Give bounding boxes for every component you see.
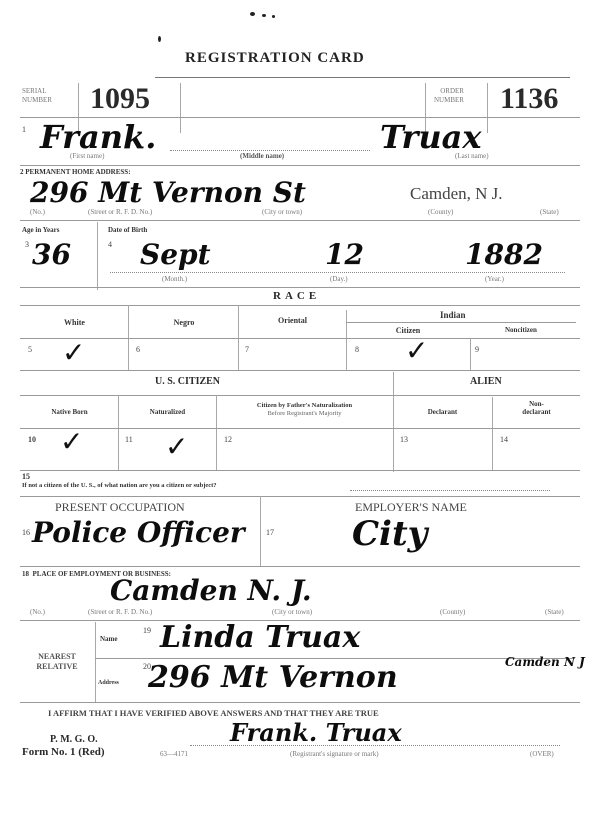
card-title: REGISTRATION CARD [185, 50, 365, 67]
relative-name: Linda Truax [160, 620, 360, 655]
ink-speck [262, 14, 266, 17]
address-caption-street: (Street or R. F. D. No.) [88, 208, 152, 216]
order-number: 1136 [500, 82, 558, 116]
registrant-signature: Frank. Truax [230, 718, 402, 747]
citizen-by-father-label-line2: Before Registrant's Majority [218, 410, 391, 418]
divider [20, 496, 580, 497]
divider [20, 428, 580, 429]
serial-number: 1095 [90, 82, 150, 116]
order-label-line2: NUMBER [434, 96, 464, 105]
alien-heading: ALIEN [470, 376, 502, 387]
address-label-text: PERMANENT HOME ADDRESS: [25, 168, 130, 176]
divider [492, 397, 493, 470]
divider [95, 622, 96, 702]
declarant-label: Declarant [395, 408, 490, 416]
form-name: Form No. 1 (Red) [22, 746, 104, 758]
relative-address-extra: Camden N J [505, 655, 590, 669]
over-label: (OVER) [530, 750, 554, 758]
dob-label: Date of Birth [108, 226, 147, 234]
print-code: 63—4171 [160, 750, 188, 758]
dotted-line [110, 272, 565, 273]
checkmark-icon: ✓ [165, 430, 188, 463]
age-value: 36 [32, 238, 71, 271]
divider [20, 702, 580, 703]
dotted-line [170, 150, 370, 151]
checkmark-icon: ✓ [405, 334, 428, 367]
month-caption: (Month.) [162, 275, 187, 283]
first-name: Frank. [40, 118, 156, 156]
field-number: 1 [22, 125, 26, 134]
serial-label: SERIAL NUMBER [22, 87, 52, 105]
home-city-state: Camden, N J. [410, 184, 503, 204]
divider [95, 658, 575, 659]
divider [470, 338, 471, 370]
divider [20, 305, 580, 306]
ink-speck [158, 36, 161, 42]
place-of-employment-value: Camden N. J. [110, 574, 312, 607]
divider [180, 83, 181, 133]
field-number: 3 [25, 240, 29, 249]
field-number: 16 [22, 528, 30, 537]
field-number: 6 [136, 345, 140, 354]
divider [393, 372, 394, 472]
form-code: P. M. G. O. [50, 734, 98, 745]
us-citizen-heading: U. S. CITIZEN [155, 376, 220, 387]
divider [97, 222, 98, 290]
divider [487, 83, 488, 133]
last-name: Truax [380, 118, 481, 156]
order-label-line1: ORDER [434, 87, 464, 96]
race-indian-label: Indian [440, 310, 466, 320]
employment-caption-no: (No.) [30, 608, 45, 616]
birth-year: 1882 [465, 238, 543, 271]
address-caption-no: (No.) [30, 208, 45, 216]
divider [20, 165, 580, 166]
field-number: 7 [245, 345, 249, 354]
field-number: 12 [224, 435, 232, 444]
field-number: 13 [400, 435, 408, 444]
home-street: 296 Mt Vernon St [30, 176, 306, 209]
field-number: 17 [266, 528, 274, 537]
field-number: 11 [125, 435, 133, 444]
ink-speck [272, 15, 275, 18]
divider [20, 566, 580, 567]
relative-address-label: Address [98, 680, 119, 686]
divider [20, 220, 580, 221]
occupation-value: Police Officer [32, 516, 245, 549]
divider [20, 370, 580, 371]
signature-line [190, 745, 560, 746]
field-number: 2 [20, 168, 24, 176]
field-number: 8 [355, 345, 359, 354]
employment-caption-county: (County) [440, 608, 465, 616]
divider [20, 470, 580, 471]
field-number: 10 [28, 435, 36, 444]
divider [20, 287, 580, 288]
nation-question: If not a citizen of the U. S., of what n… [22, 482, 217, 489]
field-number: 4 [108, 240, 112, 249]
nearest-relative-label: NEAREST RELATIVE [22, 652, 92, 672]
field-number: 9 [475, 345, 479, 354]
race-heading: RACE [273, 290, 320, 302]
address-caption-county: (County) [428, 208, 453, 216]
address-caption-state: (State) [540, 208, 559, 216]
divider [20, 338, 580, 339]
field-number: 18 [22, 570, 29, 578]
employment-caption-state: (State) [545, 608, 564, 616]
checkmark-icon: ✓ [62, 336, 85, 369]
day-caption: (Day.) [330, 275, 348, 283]
race-indian-noncitizen-label: Noncitizen [505, 326, 537, 334]
field-number: 14 [500, 435, 508, 444]
address-caption-city: (City or town) [262, 208, 302, 216]
divider [346, 322, 576, 323]
nondeclarant-label-line2: declarant [494, 408, 579, 416]
checkmark-icon: ✓ [60, 425, 83, 458]
divider [216, 395, 217, 470]
divider [118, 395, 119, 470]
relative-name-label: Name [100, 635, 118, 643]
race-negro-label: Negro [130, 318, 238, 327]
race-white-label: White [22, 318, 127, 327]
race-oriental-label: Oriental [240, 316, 345, 325]
age-label: Age in Years [22, 226, 59, 234]
last-name-caption: (Last name) [455, 152, 489, 160]
native-born-label: Native Born [22, 408, 117, 416]
birth-day: 12 [325, 238, 364, 271]
nearest-relative-label-line2: RELATIVE [22, 662, 92, 672]
divider [260, 496, 261, 566]
address-label: 2 PERMANENT HOME ADDRESS: [20, 168, 131, 176]
field-number: 5 [28, 345, 32, 354]
citizen-by-father-label: Citizen by Father's Naturalization Befor… [218, 402, 391, 418]
dotted-line [350, 490, 550, 491]
divider [155, 77, 570, 78]
field-number: 19 [143, 626, 151, 635]
birth-month: Sept [140, 238, 211, 271]
field-number: 15 [22, 472, 30, 481]
employer-value: City [352, 514, 427, 554]
employer-heading: EMPLOYER'S NAME [355, 500, 467, 515]
nondeclarant-label-line1: Non- [494, 400, 579, 408]
year-caption: (Year.) [485, 275, 504, 283]
order-label: ORDER NUMBER [434, 87, 464, 105]
naturalized-label: Naturalized [120, 408, 215, 416]
occupation-heading: PRESENT OCCUPATION [55, 500, 185, 515]
employment-caption-city: (City or town) [272, 608, 312, 616]
divider [346, 310, 347, 370]
nearest-relative-label-line1: NEAREST [22, 652, 92, 662]
signature-caption: (Registrant's signature or mark) [290, 750, 379, 758]
nondeclarant-label: Non- declarant [494, 400, 579, 416]
first-name-caption: (First name) [70, 152, 104, 160]
serial-label-line1: SERIAL [22, 87, 52, 96]
divider [20, 395, 580, 396]
employment-caption-street: (Street or R. F. D. No.) [88, 608, 152, 616]
ink-speck [250, 12, 255, 16]
relative-address: 296 Mt Vernon [148, 660, 398, 695]
middle-name-caption: (Middle name) [240, 152, 284, 160]
affirmation-text: I AFFIRM THAT I HAVE VERIFIED ABOVE ANSW… [48, 708, 379, 718]
citizen-by-father-label-line1: Citizen by Father's Naturalization [218, 402, 391, 410]
serial-label-line2: NUMBER [22, 96, 52, 105]
